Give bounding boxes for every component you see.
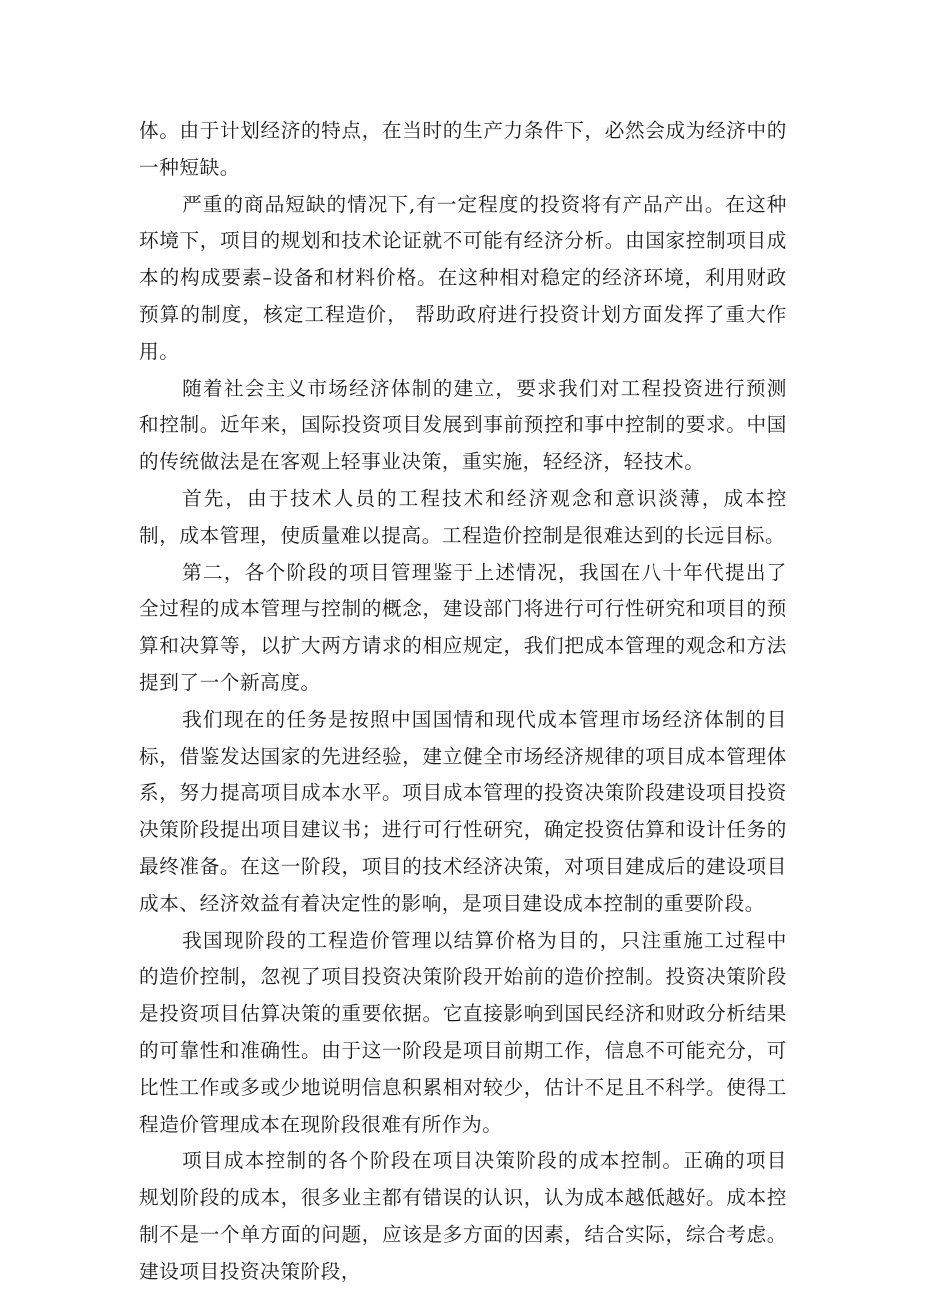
paragraph-4: 首先，由于技术人员的工程技术和经济观念和意识淡薄，成本控制，成本管理，使质量难以… xyxy=(139,481,787,555)
paragraph-1: 体。由于计划经济的特点，在当时的生产力条件下，必然会成为经济中的一种短缺。 xyxy=(139,113,787,187)
paragraph-7: 我国现阶段的工程造价管理以结算价格为目的，只注重施工过程中的造价控制，忽视了项目… xyxy=(139,923,787,1144)
paragraph-5: 第二，各个阶段的项目管理鉴于上述情况，我国在八十年代提出了全过程的成本管理与控制… xyxy=(139,555,787,702)
paragraph-3: 随着社会主义市场经济体制的建立，要求我们对工程投资进行预测和控制。近年来，国际投… xyxy=(139,371,787,481)
document-page: 体。由于计划经济的特点，在当时的生产力条件下，必然会成为经济中的一种短缺。 严重… xyxy=(139,113,787,1291)
paragraph-2: 严重的商品短缺的情况下,有一定程度的投资将有产品产出。在这种环境下，项目的规划和… xyxy=(139,187,787,371)
paragraph-6: 我们现在的任务是按照中国国情和现代成本管理市场经济体制的目标，借鉴发达国家的先进… xyxy=(139,702,787,923)
paragraph-8: 项目成本控制的各个阶段在项目决策阶段的成本控制。正确的项目规划阶段的成本，很多业… xyxy=(139,1143,787,1290)
